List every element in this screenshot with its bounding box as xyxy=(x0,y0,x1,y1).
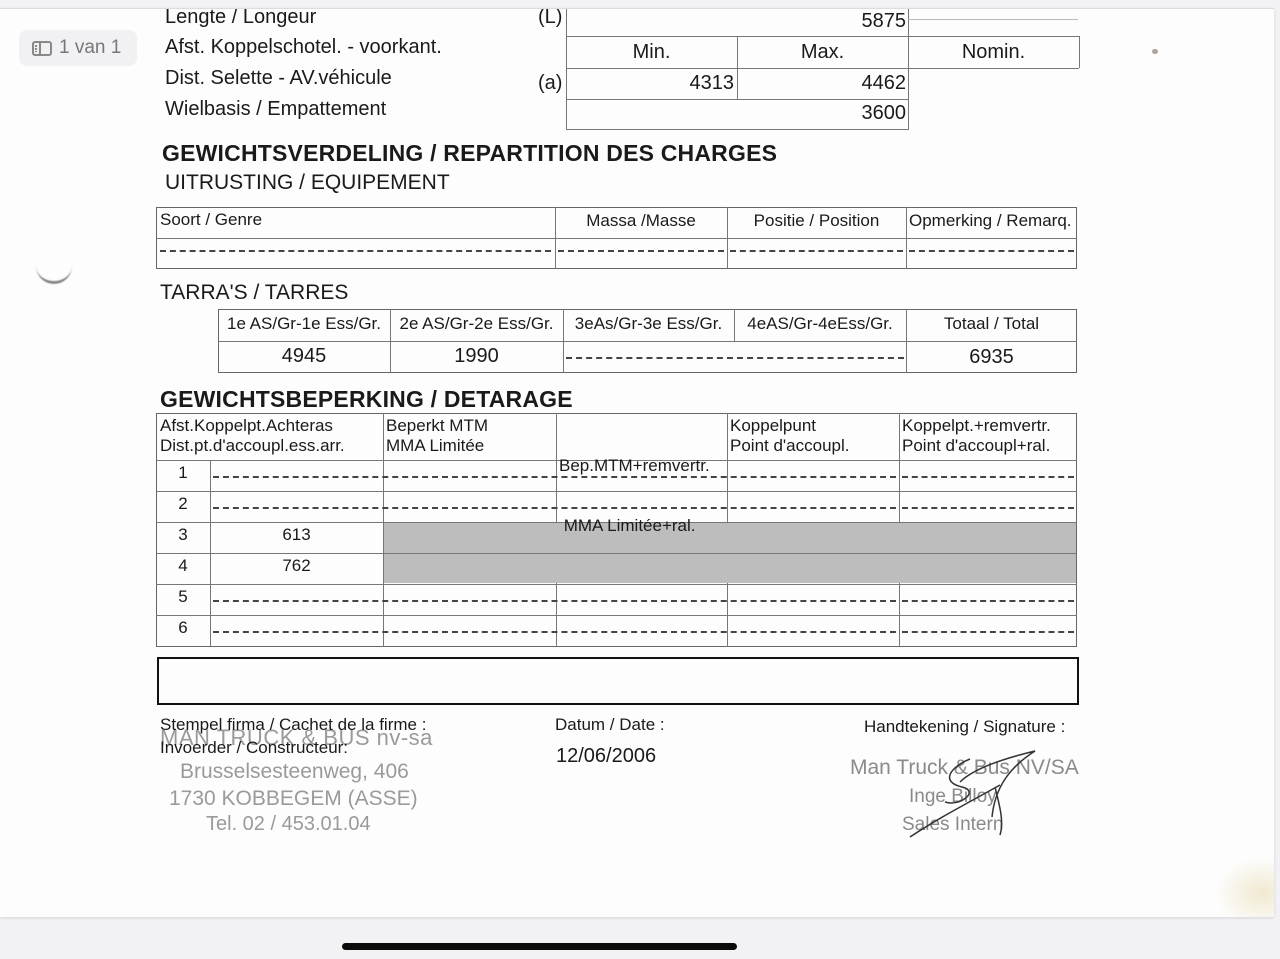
document-page: Lengte / Longeur Afst. Koppelschotel. - … xyxy=(0,8,1274,917)
restriction-title: GEWICHTSBEPERKING / DETARAGE xyxy=(160,386,573,413)
col-remark: Opmerking / Remarq. xyxy=(909,211,1072,231)
page-indicator[interactable]: 1 van 1 xyxy=(19,30,137,66)
label-length: Lengte / Longeur xyxy=(165,8,316,29)
signature-label: Handtekening / Signature : xyxy=(864,717,1065,737)
row-num: 5 xyxy=(156,587,210,607)
marker-L: (L) xyxy=(538,8,562,29)
col-position: Positie / Position xyxy=(727,211,906,231)
row-num: 2 xyxy=(156,494,210,514)
distribution-title: GEWICHTSVERDELING / REPARTITION DES CHAR… xyxy=(162,140,777,167)
restr-col-mma-brake: Bep.MTM+remvertr. MMA Limitée+ral. xyxy=(559,416,710,576)
date-value: 12/06/2006 xyxy=(556,745,656,768)
dist-value-3: 613 xyxy=(210,525,383,545)
tare-value-1: 4945 xyxy=(218,345,390,368)
header-max: Max. xyxy=(737,41,908,64)
equipment-subtitle: UITRUSTING / EQUIPEMENT xyxy=(165,171,450,195)
a-max-value: 4462 xyxy=(810,72,906,95)
tare-col-1: 1e AS/Gr-1e Ess/Gr. xyxy=(218,314,390,334)
restr-col-dist: Afst.Koppelpt.Achteras Dist.pt.d'accoupl… xyxy=(160,416,345,456)
punch-hole-mark xyxy=(36,259,72,284)
col-genre: Soort / Genre xyxy=(160,210,262,230)
a-min-value: 4313 xyxy=(640,72,734,95)
label-kingpin-front: Afst. Koppelschotel. - voorkant. xyxy=(165,36,442,59)
header-min: Min. xyxy=(566,41,737,64)
stamp-phone: Tel. 02 / 453.01.04 xyxy=(206,813,371,836)
date-label: Datum / Date : xyxy=(555,715,665,735)
restr-col-mma: Beperkt MTM MMA Limitée xyxy=(386,416,488,456)
label-selette: Dist. Selette - AV.véhicule xyxy=(165,67,392,90)
label-wheelbase: Wielbasis / Empattement xyxy=(165,98,386,121)
home-indicator[interactable] xyxy=(342,943,737,950)
sidebar-panel-icon xyxy=(32,41,52,56)
importer-label: Invoerder / Constructeur: xyxy=(160,738,348,758)
handwritten-signature xyxy=(900,747,1050,847)
header-nomin: Nomin. xyxy=(908,41,1079,64)
marker-a: (a) xyxy=(538,72,562,95)
tare-col-total: Totaal / Total xyxy=(906,314,1077,334)
length-value: 5875 xyxy=(830,10,906,33)
tare-col-3: 3eAs/Gr-3e Ess/Gr. xyxy=(563,314,734,334)
restr-col-coupling-brake: Koppelpt.+remvertr. Point d'accoupl+ral. xyxy=(902,416,1051,456)
stamp-city: 1730 KOBBEGEM (ASSE) xyxy=(169,787,418,811)
page-indicator-label: 1 van 1 xyxy=(59,37,121,59)
row-num: 1 xyxy=(156,463,210,483)
restr-col-coupling: Koppelpunt Point d'accoupl. xyxy=(730,416,850,456)
tare-title: TARRA'S / TARRES xyxy=(160,281,348,305)
dist-value-4: 762 xyxy=(210,556,383,576)
row-num: 3 xyxy=(156,525,210,545)
paper-speck xyxy=(1152,49,1158,54)
tare-value-2: 1990 xyxy=(390,345,563,368)
tare-col-4: 4eAS/Gr-4eEss/Gr. xyxy=(734,314,906,334)
remarks-box xyxy=(157,657,1079,705)
wheelbase-value: 3600 xyxy=(810,102,906,125)
tare-value-total: 6935 xyxy=(906,346,1077,369)
row-num: 4 xyxy=(156,556,210,576)
stamp-label: Stempel firma / Cachet de la firme : xyxy=(160,715,426,735)
col-mass: Massa /Masse xyxy=(555,211,727,231)
tare-col-2: 2e AS/Gr-2e Ess/Gr. xyxy=(390,314,563,334)
stamp-street: Brusselsesteenweg, 406 xyxy=(180,760,409,784)
row-num: 6 xyxy=(156,618,210,638)
paper-stain xyxy=(1214,857,1274,917)
